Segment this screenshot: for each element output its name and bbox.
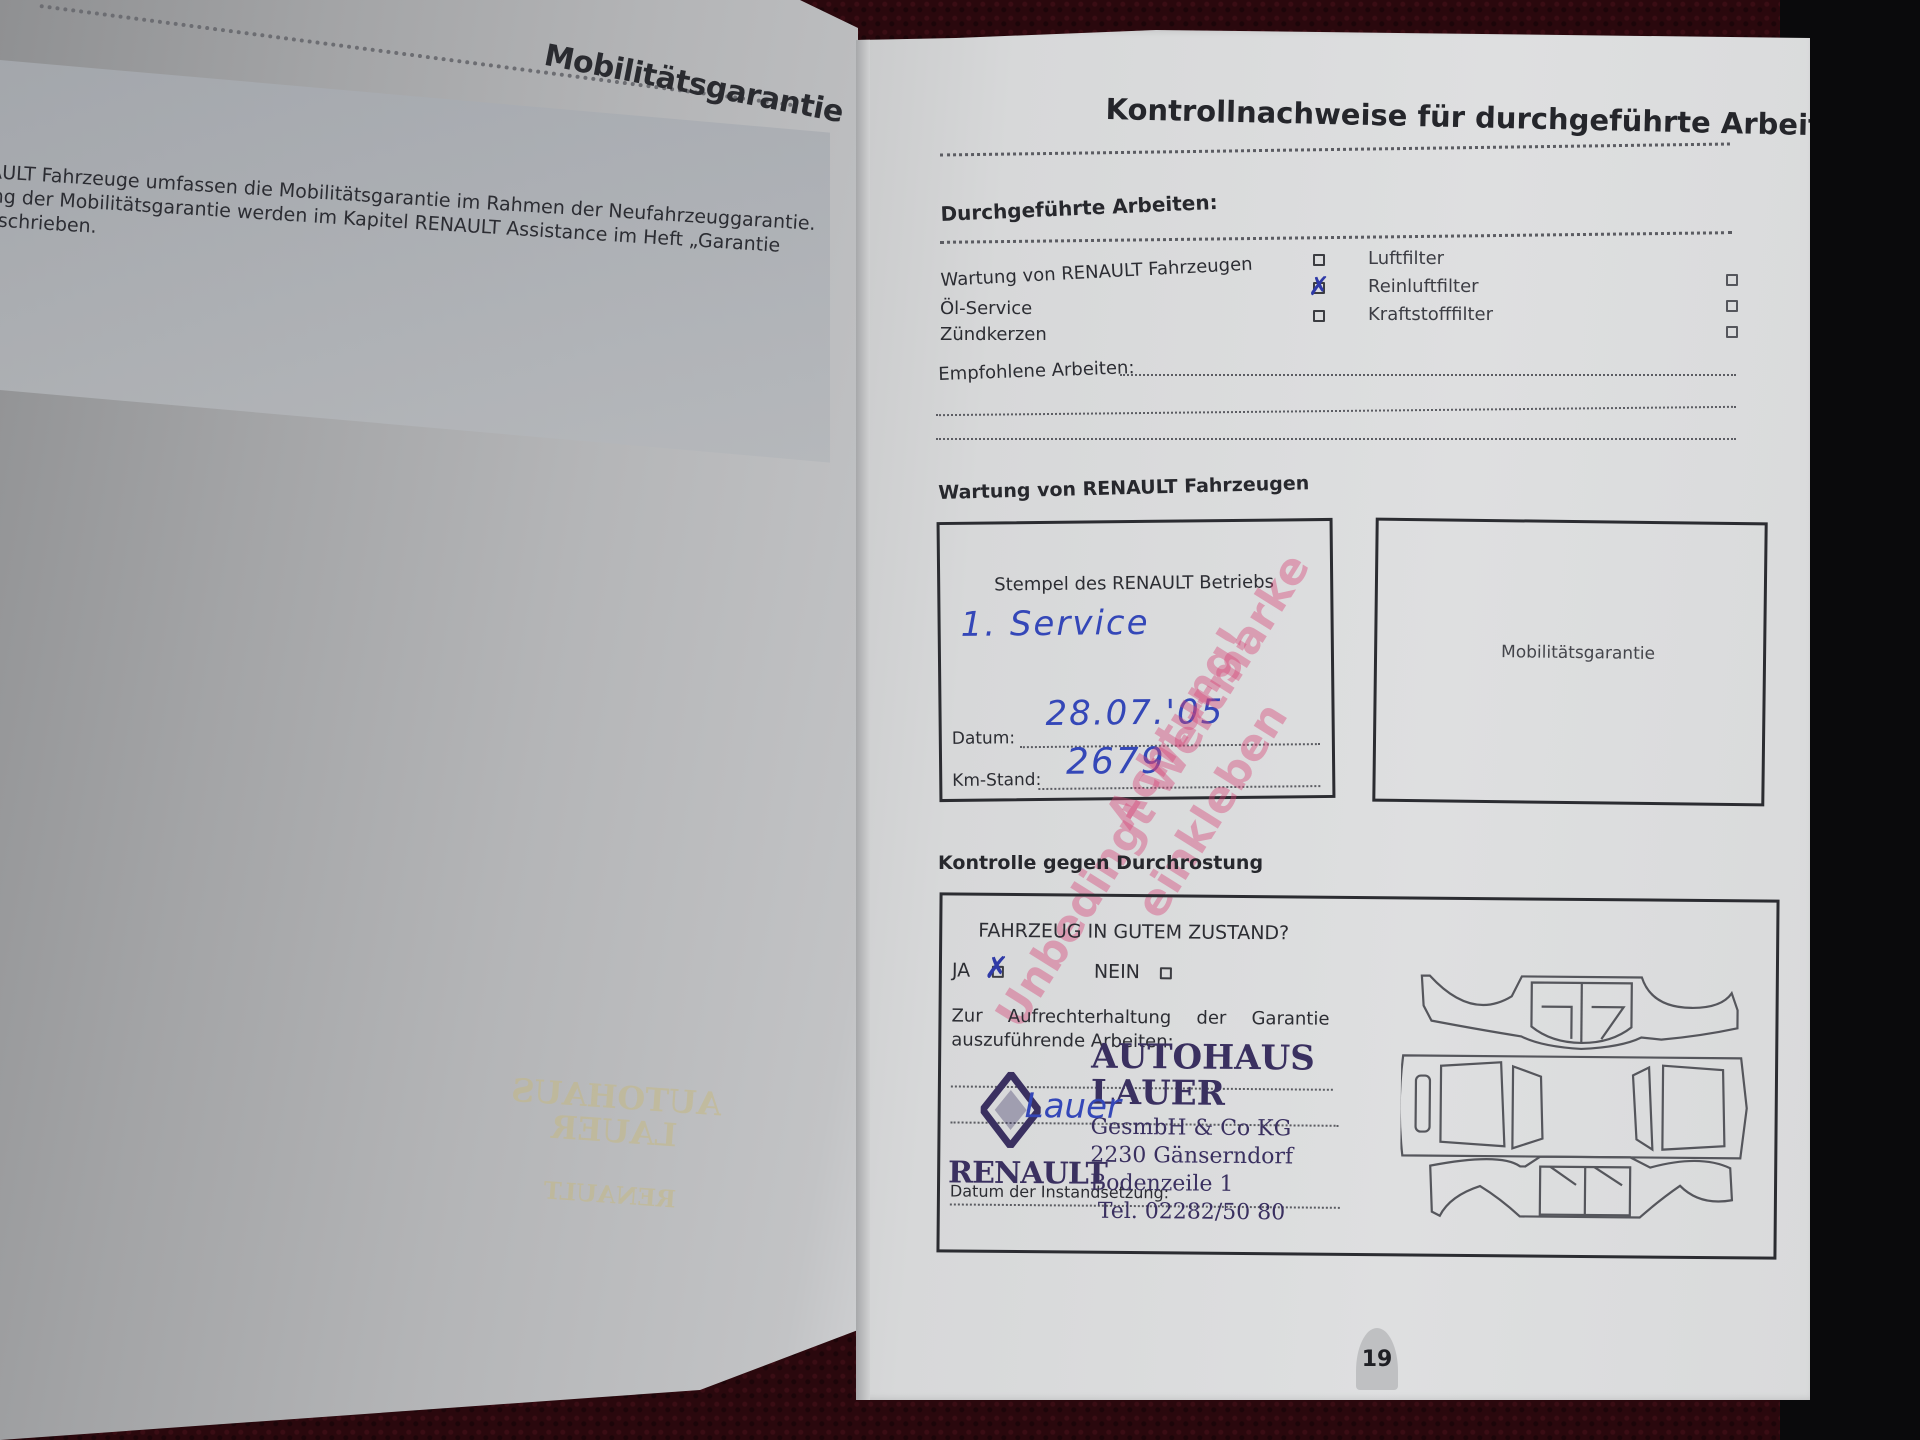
signature: Lauer xyxy=(1025,1086,1122,1127)
mobility-sticker-box: Mobilitätsgarantie xyxy=(1372,518,1767,807)
right-page-title: Kontrollnachweise für durchgeführte Arbe… xyxy=(1105,92,1862,143)
condition-question: FAHRZEUG IN GUTEM ZUSTAND? xyxy=(978,920,1289,945)
checkbox-cabin-filter[interactable] xyxy=(1726,300,1738,312)
rust-control-heading: Kontrolle gegen Durchrostung xyxy=(938,852,1263,874)
warranty-text-line: Zur Aufrechterhaltung der Garantie xyxy=(951,1005,1329,1029)
work-item-maintenance: Wartung von RENAULT Fahrzeugen xyxy=(940,254,1253,291)
work-item-fuel-filter: Kraftstofffilter xyxy=(1368,304,1493,325)
maintenance-heading: Wartung von RENAULT Fahrzeugen xyxy=(938,472,1310,504)
rust-control-box: FAHRZEUG IN GUTEM ZUSTAND? JA ✗ NEIN Zur… xyxy=(936,892,1779,1259)
checkmark-x-icon: ✗ xyxy=(984,956,1009,982)
recommended-work-line[interactable] xyxy=(1120,374,1736,376)
heading-dotted-rule xyxy=(940,231,1732,244)
stamp-box-label: Stempel des RENAULT Betriebs xyxy=(994,572,1274,596)
checkbox-maintenance[interactable] xyxy=(1313,254,1325,266)
no-checkbox[interactable] xyxy=(1160,967,1172,979)
work-item-spark-plugs: Zündkerzen xyxy=(940,324,1047,345)
handwritten-service: 1. Service xyxy=(960,603,1149,645)
work-item-air-filter: Luftfilter xyxy=(1368,248,1444,269)
car-body-diagram-icon xyxy=(1400,965,1762,1228)
yes-label: JA xyxy=(952,959,970,981)
right-page: Kontrollnachweise für durchgeführte Arbe… xyxy=(856,30,1810,1400)
performed-work-heading: Durchgeführte Arbeiten: xyxy=(940,190,1218,226)
work-item-cabin-filter: Reinluftfilter xyxy=(1368,276,1479,297)
checkbox-spark-plugs[interactable] xyxy=(1313,310,1325,322)
checkbox-air-filter[interactable] xyxy=(1726,274,1738,286)
left-page: Mobilitätsgarantie AULT Fahrzeuge umfass… xyxy=(0,0,858,1440)
bleed-through-stamp: AUTOHAUS LAUER RENAULT xyxy=(413,1067,807,1313)
no-label: NEIN xyxy=(1094,961,1140,983)
date-label: Datum: xyxy=(952,728,1015,749)
checkbox-fuel-filter[interactable] xyxy=(1726,326,1738,338)
checkmark-x-icon: ✗ xyxy=(1308,274,1330,300)
work-item-oil-service: Öl-Service xyxy=(940,298,1032,319)
spine-shadow xyxy=(856,30,870,1400)
stamp-city: 2230 Gänserndorf xyxy=(1090,1143,1293,1170)
page-number: 19 xyxy=(1356,1328,1398,1390)
title-dotted-rule xyxy=(940,142,1730,156)
recommended-work-line[interactable] xyxy=(936,438,1736,440)
stamp-street: Bodenzeile 1 xyxy=(1090,1171,1234,1197)
km-label: Km-Stand: xyxy=(952,770,1041,791)
ghost-stamp-line: RENAULT xyxy=(419,1165,800,1225)
stamp-phone: Tel. 02282/50 80 xyxy=(1098,1199,1286,1226)
mobility-box-label: Mobilitätsgarantie xyxy=(1501,642,1655,664)
stamp-brand: RENAULT xyxy=(948,1155,1107,1191)
recommended-work-line[interactable] xyxy=(936,406,1736,416)
recommended-work-label: Empfohlene Arbeiten: xyxy=(938,357,1135,385)
